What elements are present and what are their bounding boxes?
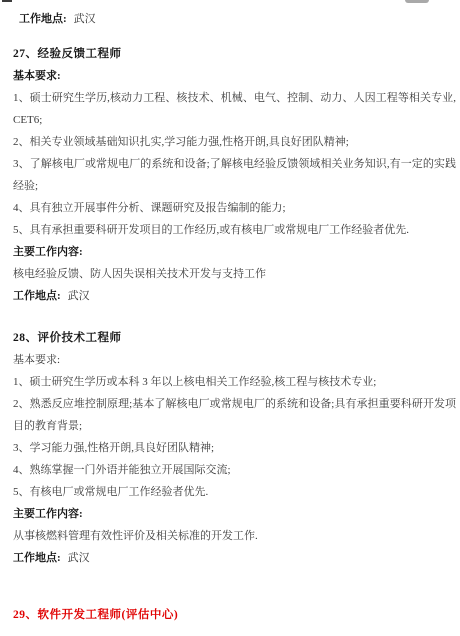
requirement-item: 2、熟悉反应堆控制原理;基本了解核电厂或常规电厂的系统和设备;具有承担重要科研开…	[13, 393, 456, 437]
section-29-title-software-dev-engineer: 29、软件开发工程师(评估中心)	[13, 604, 456, 626]
basic-requirements-heading: 基本要求:	[13, 65, 456, 87]
requirement-item: 1、硕士研究生学历或本科 3 年以上核电相关工作经验,核工程与核技术专业;	[13, 371, 456, 393]
cutoff-mark-top-right	[405, 0, 429, 3]
duty-text: 从事核燃料管理有效性评价及相关标准的开发工作.	[13, 525, 456, 547]
work-location-label: 工作地点:	[13, 290, 61, 302]
duty-text: 核电经验反馈、防人因失误相关技术开发与支持工作	[13, 263, 456, 285]
work-location-label: 工作地点:	[13, 552, 61, 564]
requirement-item: 5、有核电厂或常规电厂工作经验者优先.	[13, 481, 456, 503]
main-duties-heading: 主要工作内容:	[13, 503, 456, 525]
cutoff-mark-top-left	[2, 0, 12, 2]
work-location-line: 工作地点:武汉	[13, 285, 456, 307]
requirement-item: 4、熟练掌握一门外语并能独立开展国际交流;	[13, 459, 456, 481]
requirement-item: 5、具有承担重要科研开发项目的工作经历,或有核电厂或常规电厂工作经验者优先.	[13, 219, 456, 241]
requirement-item: 2、相关专业领域基础知识扎实,学习能力强,性格开朗,具良好团队精神;	[13, 131, 456, 153]
section-27-experience-feedback-engineer: 27、经验反馈工程师 基本要求: 1、硕士研究生学历,核动力工程、核技术、机械、…	[13, 43, 456, 307]
work-location-line: 工作地点:武汉	[13, 8, 456, 30]
work-location-value: 武汉	[68, 552, 90, 564]
main-duties-heading: 主要工作内容:	[13, 241, 456, 263]
work-location-value: 武汉	[74, 13, 96, 25]
requirement-item: 3、学习能力强,性格开朗,具良好团队精神;	[13, 437, 456, 459]
requirement-item: 3、了解核电厂或常规电厂的系统和设备;了解核电经验反馈领域相关业务知识,有一定的…	[13, 153, 456, 197]
document-page: 工作地点:武汉 27、经验反馈工程师 基本要求: 1、硕士研究生学历,核动力工程…	[0, 0, 460, 626]
basic-requirements-heading: 基本要求:	[13, 349, 456, 371]
section-27-title: 27、经验反馈工程师	[13, 43, 456, 65]
requirement-item: 1、硕士研究生学历,核动力工程、核技术、机械、电气、控制、动力、人因工程等相关专…	[13, 87, 456, 131]
section-28-evaluation-technology-engineer: 28、评价技术工程师 基本要求: 1、硕士研究生学历或本科 3 年以上核电相关工…	[13, 327, 456, 569]
work-location-value: 武汉	[68, 290, 90, 302]
section-28-title: 28、评价技术工程师	[13, 327, 456, 349]
work-location-label: 工作地点:	[19, 13, 67, 25]
work-location-line: 工作地点:武汉	[13, 547, 456, 569]
requirement-item: 4、具有独立开展事件分析、课题研究及报告编制的能力;	[13, 197, 456, 219]
